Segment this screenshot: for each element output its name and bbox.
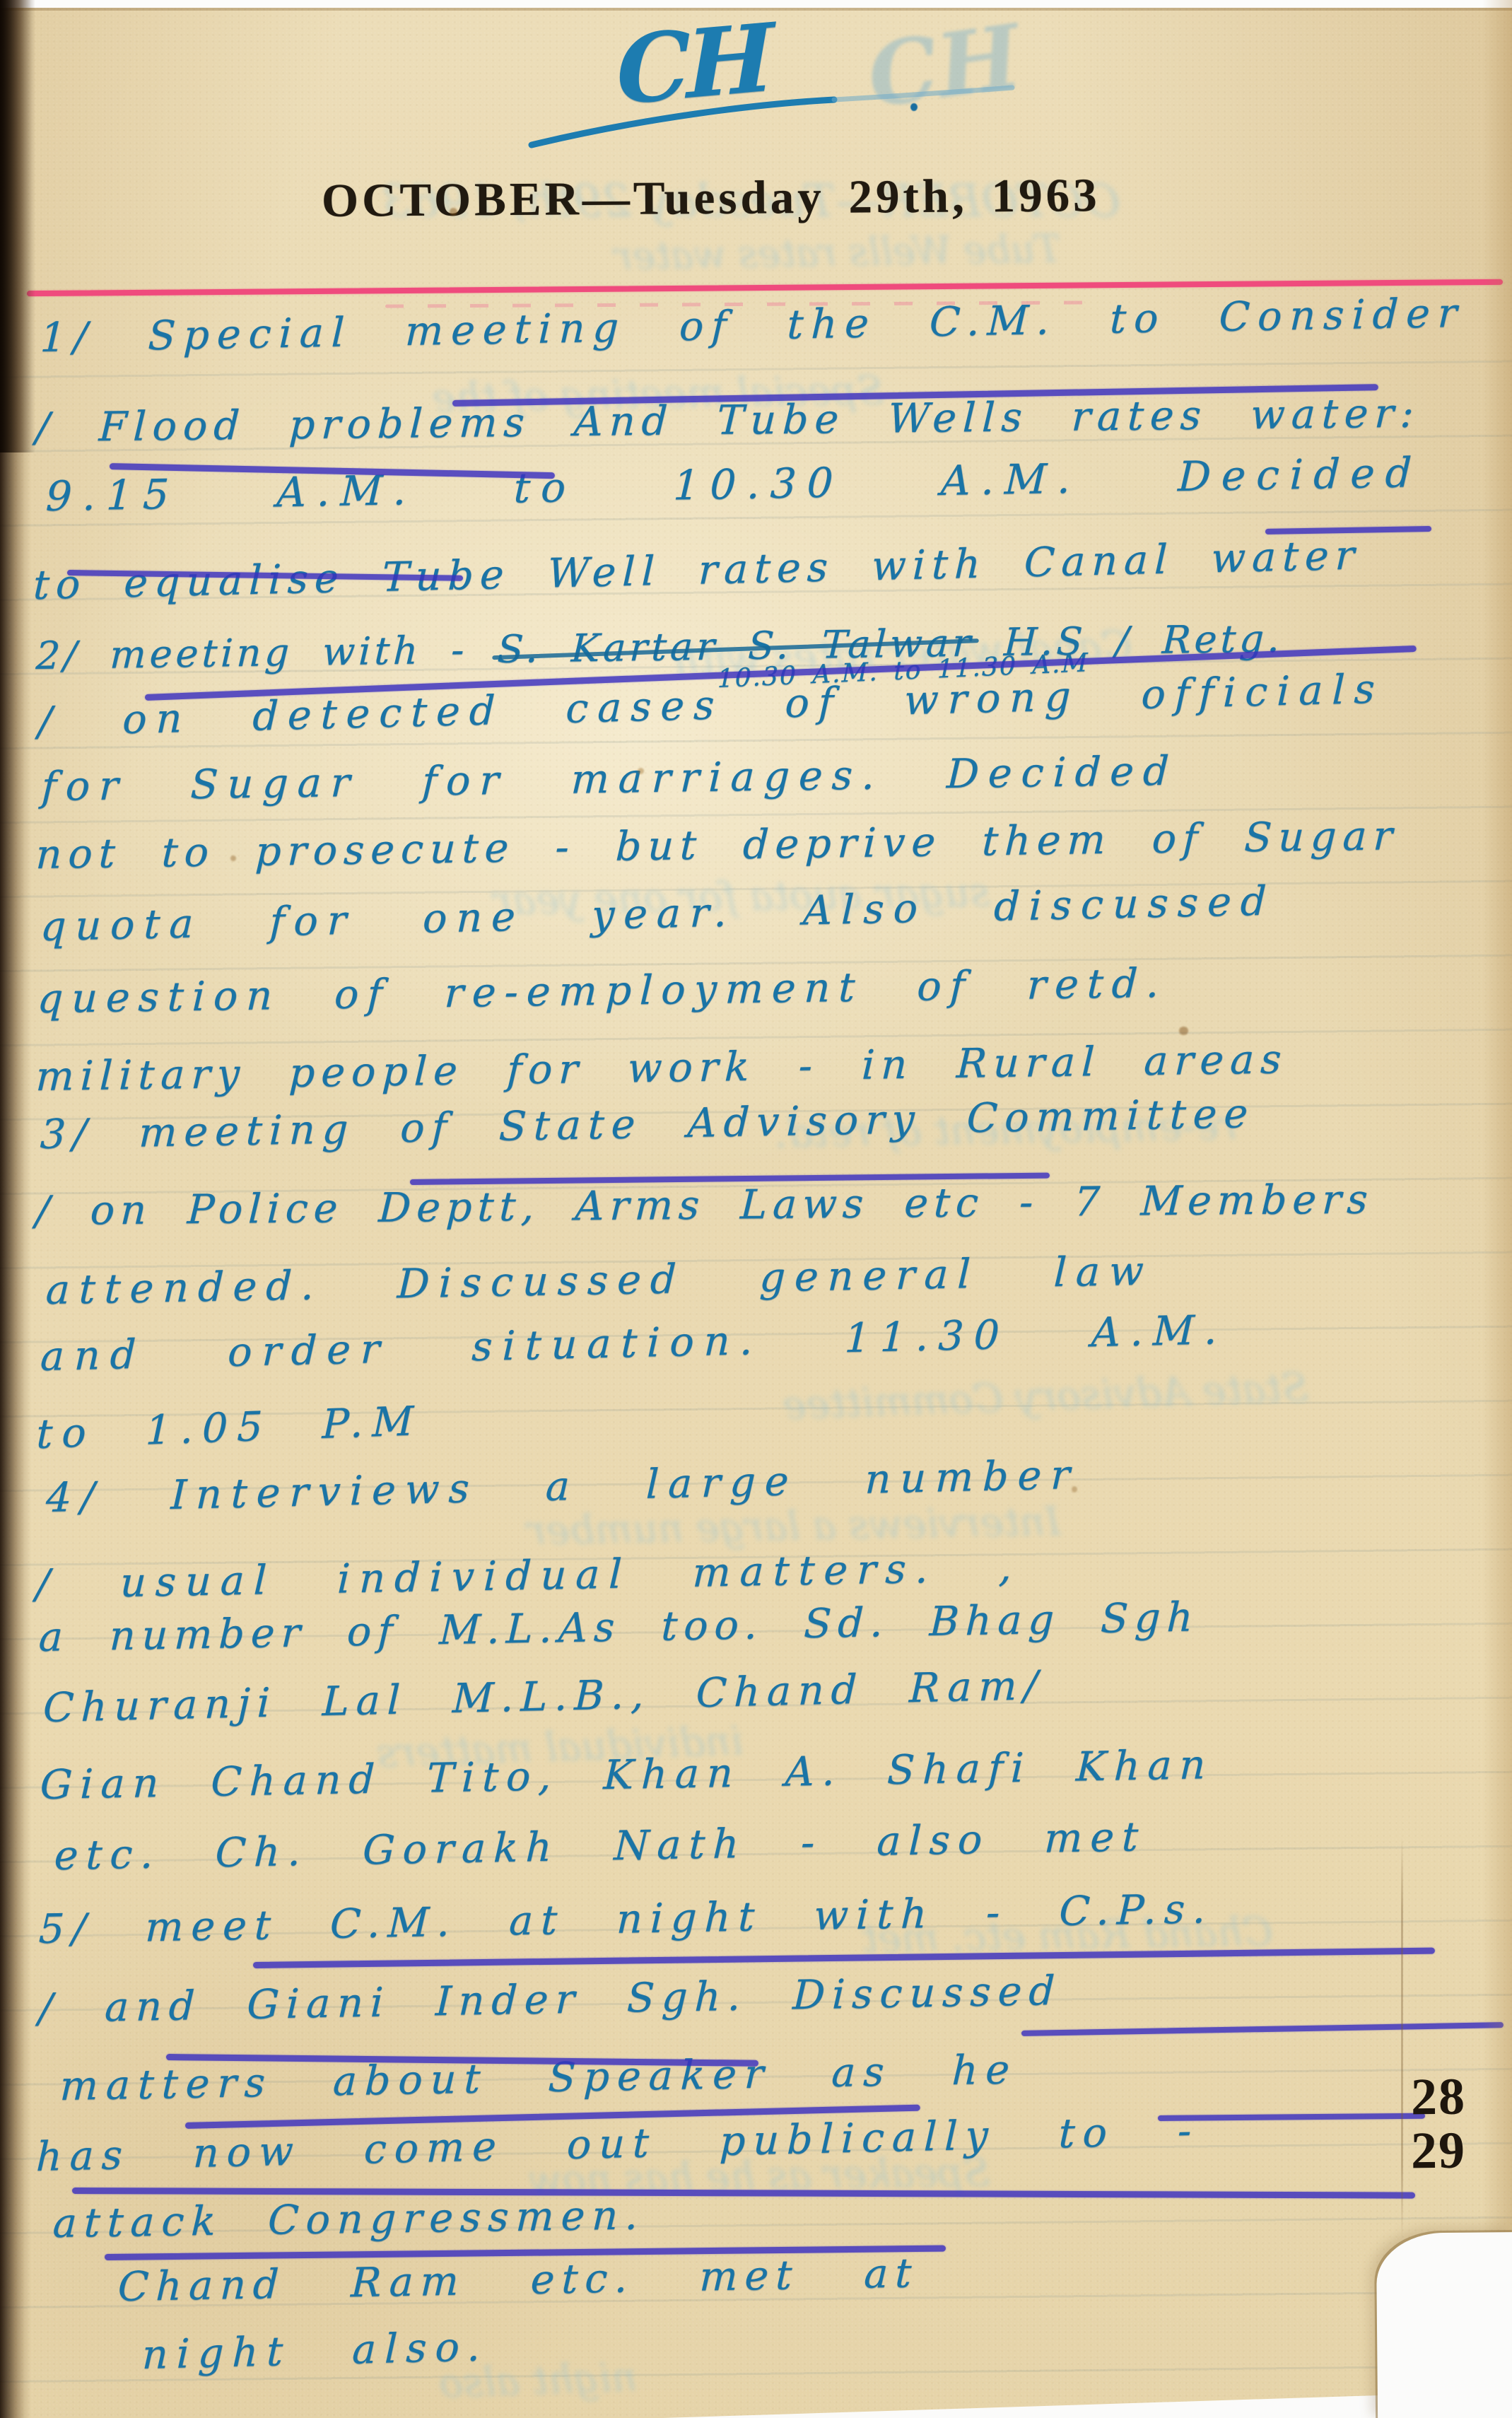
paper-sheet	[0, 7, 1512, 2418]
diary-page-scan: OCTOBER—Tuesday 29th, 1963Tube Wells rat…	[0, 0, 1512, 2418]
torn-corner-notch	[1376, 2232, 1512, 2418]
ink-dot	[910, 103, 918, 111]
paper-right-shade	[1482, 0, 1512, 2418]
binding-gutter-shadow-dark	[0, 0, 35, 452]
page-number-29: 29	[1411, 2121, 1467, 2182]
scan-top-margin	[0, 0, 1512, 8]
paper-top-edge	[0, 8, 1512, 11]
paper-crease	[1401, 1837, 1403, 2237]
monogram-underline-swoosh-icon	[523, 67, 1025, 166]
printed-date-header: OCTOBER—Tuesday 29th, 1963	[322, 168, 1100, 228]
page-number-28: 28	[1411, 2067, 1467, 2128]
